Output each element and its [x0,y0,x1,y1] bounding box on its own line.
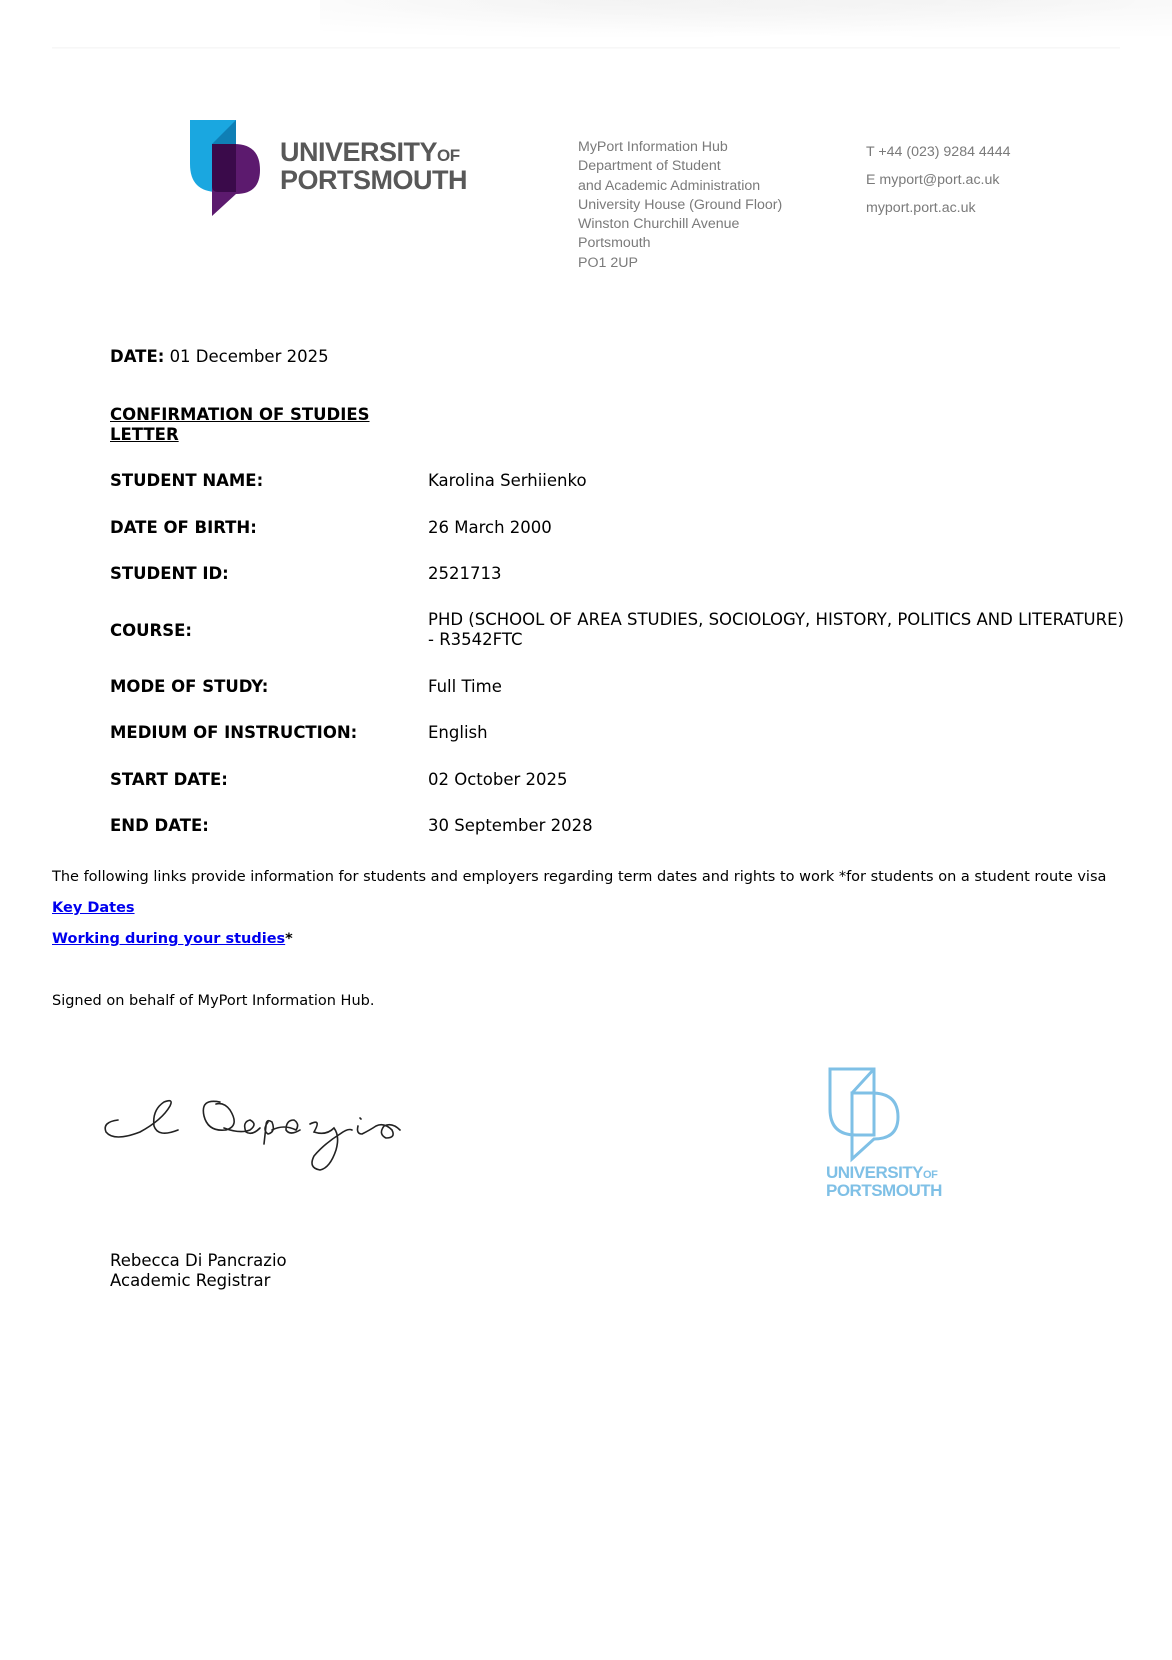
contact-details: T +44 (023) 9284 4444 E myport@port.ac.u… [866,138,1011,222]
university-stamp: UNIVERSITYOF PORTSMOUTH [826,1065,966,1215]
letter-date: DATE: 01 December 2025 [110,347,329,366]
field-label-mode-of-study: MODE OF STUDY: [110,677,268,696]
field-value-student-id: 2521713 [428,564,1128,584]
letter-title: CONFIRMATION OF STUDIES LETTER [110,405,400,445]
signatory-name: Rebecca Di Pancrazio [110,1251,287,1271]
field-value-date-of-birth: 26 March 2000 [428,518,1128,538]
handwritten-signature [100,1090,470,1180]
address-line: Department of Student [578,157,782,176]
field-label-end-date: END DATE: [110,816,209,835]
field-label-medium-of-instruction: MEDIUM OF INSTRUCTION: [110,723,357,742]
university-logo: UNIVERSITYOF PORTSMOUTH [190,120,480,220]
field-value-start-date: 02 October 2025 [428,770,1128,790]
field-label-student-name: STUDENT NAME: [110,471,263,490]
department-address: MyPort Information Hub Department of Stu… [578,138,782,273]
field-value-student-name: Karolina Serhiienko [428,471,1128,491]
address-line: MyPort Information Hub [578,138,782,157]
contact-website: myport.port.ac.uk [866,194,1011,222]
university-logo-icon [190,120,280,220]
date-value: 01 December 2025 [170,347,329,366]
contact-email: E myport@port.ac.uk [866,166,1011,194]
header-divider [52,47,1120,49]
footnote-asterisk: * [285,931,293,947]
top-shadow [320,0,1172,40]
contact-phone: T +44 (023) 9284 4444 [866,138,1011,166]
address-line: Winston Churchill Avenue [578,215,782,234]
key-dates-link[interactable]: Key Dates [52,900,135,916]
signatory-block: Rebecca Di Pancrazio Academic Registrar [110,1251,287,1291]
signatory-title: Academic Registrar [110,1271,287,1291]
field-value-end-date: 30 September 2028 [428,816,1128,836]
address-line: PO1 2UP [578,254,782,273]
field-value-course: PHD (SCHOOL OF AREA STUDIES, SOCIOLOGY, … [428,610,1128,650]
working-during-studies-link-label[interactable]: Working during your studies [52,931,285,947]
field-label-date-of-birth: DATE OF BIRTH: [110,518,257,537]
field-value-medium-of-instruction: English [428,723,1128,743]
address-line: University House (Ground Floor) [578,196,782,215]
links-intro: The following links provide information … [52,869,1106,885]
date-label: DATE: [110,347,164,366]
address-line: Portsmouth [578,234,782,253]
university-stamp-icon [826,1065,906,1165]
university-stamp-wordmark: UNIVERSITYOF PORTSMOUTH [826,1165,942,1199]
field-value-mode-of-study: Full Time [428,677,1128,697]
field-label-student-id: STUDENT ID: [110,564,229,583]
university-logo-wordmark: UNIVERSITYOF PORTSMOUTH [280,140,467,193]
address-line: and Academic Administration [578,177,782,196]
field-label-course: COURSE: [110,621,192,640]
field-label-start-date: START DATE: [110,770,228,789]
signed-on-behalf: Signed on behalf of MyPort Information H… [52,993,374,1009]
key-dates-link-label[interactable]: Key Dates [52,900,135,916]
working-during-studies-link[interactable]: Working during your studies* [52,931,293,947]
